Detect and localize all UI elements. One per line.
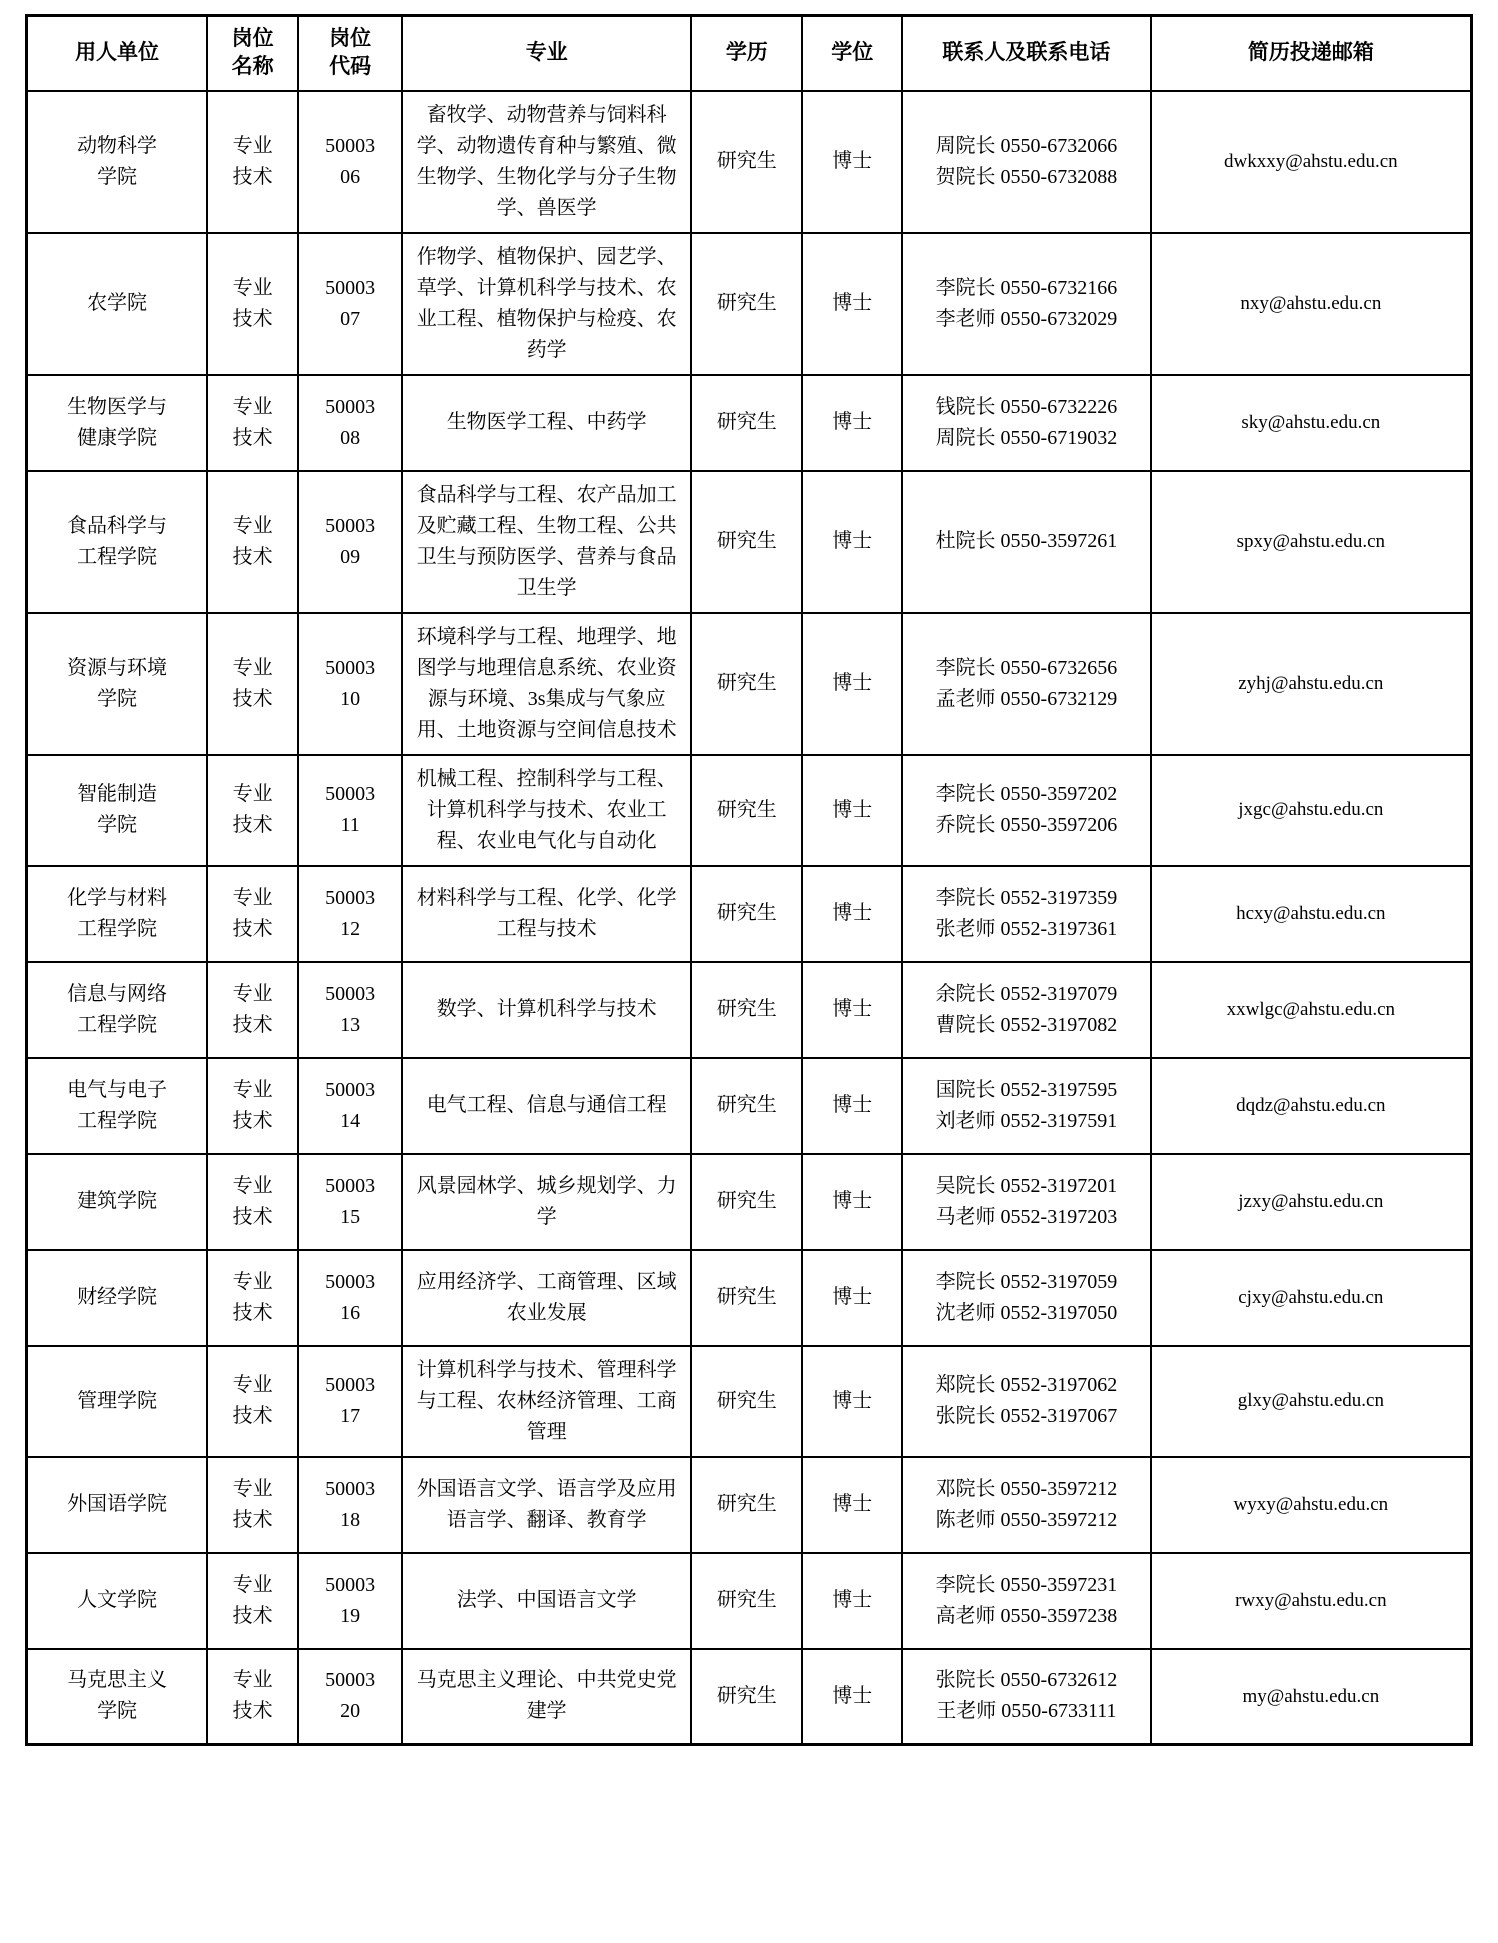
- cell-degree: 博士: [802, 1154, 902, 1250]
- table-row: 外国语学院专业 技术50003 18外国语言文学、语言学及应用语言学、翻译、教育…: [27, 1457, 1472, 1553]
- cell-contacts: 李院长 0552-3197059 沈老师 0552-3197050: [902, 1250, 1151, 1346]
- table-row: 化学与材料 工程学院专业 技术50003 12材料科学与工程、化学、化学工程与技…: [27, 866, 1472, 962]
- column-header-position_code: 岗位 代码: [298, 16, 402, 91]
- cell-email: dqdz@ahstu.edu.cn: [1151, 1058, 1472, 1154]
- cell-degree: 博士: [802, 613, 902, 755]
- cell-unit: 化学与材料 工程学院: [27, 866, 208, 962]
- cell-education: 研究生: [691, 1649, 802, 1745]
- cell-position_code: 50003 20: [298, 1649, 402, 1745]
- cell-education: 研究生: [691, 233, 802, 375]
- cell-position_code: 50003 18: [298, 1457, 402, 1553]
- header-row: 用人单位岗位 名称岗位 代码专业学历学位联系人及联系电话简历投递邮箱: [27, 16, 1472, 91]
- cell-position_name: 专业 技术: [207, 613, 298, 755]
- cell-email: glxy@ahstu.edu.cn: [1151, 1346, 1472, 1457]
- cell-unit: 管理学院: [27, 1346, 208, 1457]
- cell-position_name: 专业 技术: [207, 1649, 298, 1745]
- cell-unit: 马克思主义 学院: [27, 1649, 208, 1745]
- cell-contacts: 李院长 0550-6732656 孟老师 0550-6732129: [902, 613, 1151, 755]
- cell-position_name: 专业 技术: [207, 962, 298, 1058]
- cell-email: zyhj@ahstu.edu.cn: [1151, 613, 1472, 755]
- cell-position_name: 专业 技术: [207, 233, 298, 375]
- cell-email: jxgc@ahstu.edu.cn: [1151, 755, 1472, 866]
- cell-email: sky@ahstu.edu.cn: [1151, 375, 1472, 471]
- column-header-position_name: 岗位 名称: [207, 16, 298, 91]
- cell-education: 研究生: [691, 91, 802, 233]
- cell-contacts: 李院长 0552-3197359 张老师 0552-3197361: [902, 866, 1151, 962]
- cell-unit: 外国语学院: [27, 1457, 208, 1553]
- cell-position_code: 50003 13: [298, 962, 402, 1058]
- cell-position_name: 专业 技术: [207, 1058, 298, 1154]
- table-row: 动物科学 学院专业 技术50003 06畜牧学、动物营养与饲料科学、动物遗传育种…: [27, 91, 1472, 233]
- cell-contacts: 余院长 0552-3197079 曹院长 0552-3197082: [902, 962, 1151, 1058]
- table-row: 人文学院专业 技术50003 19法学、中国语言文学研究生博士李院长 0550-…: [27, 1553, 1472, 1649]
- cell-degree: 博士: [802, 233, 902, 375]
- cell-position_code: 50003 06: [298, 91, 402, 233]
- cell-degree: 博士: [802, 471, 902, 613]
- cell-email: xxwlgc@ahstu.edu.cn: [1151, 962, 1472, 1058]
- table-row: 农学院专业 技术50003 07作物学、植物保护、园艺学、草学、计算机科学与技术…: [27, 233, 1472, 375]
- cell-education: 研究生: [691, 471, 802, 613]
- cell-education: 研究生: [691, 1457, 802, 1553]
- cell-major: 畜牧学、动物营养与饲料科学、动物遗传育种与繁殖、微生物学、生物化学与分子生物学、…: [402, 91, 691, 233]
- cell-unit: 食品科学与 工程学院: [27, 471, 208, 613]
- cell-position_code: 50003 11: [298, 755, 402, 866]
- cell-email: wyxy@ahstu.edu.cn: [1151, 1457, 1472, 1553]
- cell-unit: 建筑学院: [27, 1154, 208, 1250]
- cell-major: 电气工程、信息与通信工程: [402, 1058, 691, 1154]
- cell-position_code: 50003 16: [298, 1250, 402, 1346]
- cell-major: 风景园林学、城乡规划学、力学: [402, 1154, 691, 1250]
- table-row: 财经学院专业 技术50003 16应用经济学、工商管理、区域农业发展研究生博士李…: [27, 1250, 1472, 1346]
- table-row: 信息与网络 工程学院专业 技术50003 13数学、计算机科学与技术研究生博士余…: [27, 962, 1472, 1058]
- cell-position_name: 专业 技术: [207, 1250, 298, 1346]
- cell-degree: 博士: [802, 1058, 902, 1154]
- cell-position_name: 专业 技术: [207, 1553, 298, 1649]
- cell-degree: 博士: [802, 866, 902, 962]
- cell-degree: 博士: [802, 962, 902, 1058]
- cell-major: 应用经济学、工商管理、区域农业发展: [402, 1250, 691, 1346]
- cell-major: 马克思主义理论、中共党史党建学: [402, 1649, 691, 1745]
- cell-contacts: 周院长 0550-6732066 贺院长 0550-6732088: [902, 91, 1151, 233]
- cell-position_code: 50003 09: [298, 471, 402, 613]
- cell-major: 计算机科学与技术、管理科学与工程、农林经济管理、工商管理: [402, 1346, 691, 1457]
- cell-degree: 博士: [802, 1346, 902, 1457]
- cell-degree: 博士: [802, 375, 902, 471]
- cell-email: jzxy@ahstu.edu.cn: [1151, 1154, 1472, 1250]
- cell-unit: 农学院: [27, 233, 208, 375]
- cell-position_code: 50003 08: [298, 375, 402, 471]
- cell-contacts: 钱院长 0550-6732226 周院长 0550-6719032: [902, 375, 1151, 471]
- cell-unit: 资源与环境 学院: [27, 613, 208, 755]
- recruitment-table: 用人单位岗位 名称岗位 代码专业学历学位联系人及联系电话简历投递邮箱 动物科学 …: [25, 14, 1473, 1746]
- column-header-major: 专业: [402, 16, 691, 91]
- cell-position_name: 专业 技术: [207, 866, 298, 962]
- cell-unit: 智能制造 学院: [27, 755, 208, 866]
- cell-position_name: 专业 技术: [207, 1154, 298, 1250]
- cell-position_code: 50003 14: [298, 1058, 402, 1154]
- cell-contacts: 郑院长 0552-3197062 张院长 0552-3197067: [902, 1346, 1151, 1457]
- table-row: 智能制造 学院专业 技术50003 11机械工程、控制科学与工程、计算机科学与技…: [27, 755, 1472, 866]
- cell-major: 数学、计算机科学与技术: [402, 962, 691, 1058]
- cell-position_code: 50003 15: [298, 1154, 402, 1250]
- cell-major: 作物学、植物保护、园艺学、草学、计算机科学与技术、农业工程、植物保护与检疫、农药…: [402, 233, 691, 375]
- cell-major: 机械工程、控制科学与工程、计算机科学与技术、农业工程、农业电气化与自动化: [402, 755, 691, 866]
- cell-degree: 博士: [802, 1649, 902, 1745]
- cell-degree: 博士: [802, 91, 902, 233]
- cell-education: 研究生: [691, 375, 802, 471]
- table-row: 建筑学院专业 技术50003 15风景园林学、城乡规划学、力学研究生博士吴院长 …: [27, 1154, 1472, 1250]
- cell-contacts: 杜院长 0550-3597261: [902, 471, 1151, 613]
- cell-education: 研究生: [691, 1553, 802, 1649]
- cell-education: 研究生: [691, 755, 802, 866]
- cell-unit: 财经学院: [27, 1250, 208, 1346]
- cell-email: spxy@ahstu.edu.cn: [1151, 471, 1472, 613]
- cell-email: dwkxxy@ahstu.edu.cn: [1151, 91, 1472, 233]
- cell-education: 研究生: [691, 1346, 802, 1457]
- cell-unit: 生物医学与 健康学院: [27, 375, 208, 471]
- cell-position_code: 50003 07: [298, 233, 402, 375]
- cell-contacts: 吴院长 0552-3197201 马老师 0552-3197203: [902, 1154, 1151, 1250]
- cell-education: 研究生: [691, 613, 802, 755]
- cell-email: my@ahstu.edu.cn: [1151, 1649, 1472, 1745]
- cell-position_code: 50003 10: [298, 613, 402, 755]
- cell-degree: 博士: [802, 1553, 902, 1649]
- cell-email: rwxy@ahstu.edu.cn: [1151, 1553, 1472, 1649]
- cell-position_name: 专业 技术: [207, 375, 298, 471]
- cell-major: 食品科学与工程、农产品加工及贮藏工程、生物工程、公共卫生与预防医学、营养与食品卫…: [402, 471, 691, 613]
- cell-degree: 博士: [802, 755, 902, 866]
- cell-email: cjxy@ahstu.edu.cn: [1151, 1250, 1472, 1346]
- cell-position_name: 专业 技术: [207, 755, 298, 866]
- cell-unit: 信息与网络 工程学院: [27, 962, 208, 1058]
- cell-unit: 电气与电子 工程学院: [27, 1058, 208, 1154]
- table-row: 电气与电子 工程学院专业 技术50003 14电气工程、信息与通信工程研究生博士…: [27, 1058, 1472, 1154]
- cell-education: 研究生: [691, 1058, 802, 1154]
- cell-major: 法学、中国语言文学: [402, 1553, 691, 1649]
- table-row: 管理学院专业 技术50003 17计算机科学与技术、管理科学与工程、农林经济管理…: [27, 1346, 1472, 1457]
- cell-position_name: 专业 技术: [207, 91, 298, 233]
- cell-education: 研究生: [691, 866, 802, 962]
- cell-unit: 动物科学 学院: [27, 91, 208, 233]
- cell-major: 外国语言文学、语言学及应用语言学、翻译、教育学: [402, 1457, 691, 1553]
- cell-unit: 人文学院: [27, 1553, 208, 1649]
- cell-degree: 博士: [802, 1457, 902, 1553]
- table-body: 动物科学 学院专业 技术50003 06畜牧学、动物营养与饲料科学、动物遗传育种…: [27, 91, 1472, 1745]
- cell-email: nxy@ahstu.edu.cn: [1151, 233, 1472, 375]
- cell-contacts: 张院长 0550-6732612 王老师 0550-6733111: [902, 1649, 1151, 1745]
- cell-position_code: 50003 17: [298, 1346, 402, 1457]
- cell-degree: 博士: [802, 1250, 902, 1346]
- cell-position_name: 专业 技术: [207, 1457, 298, 1553]
- column-header-email: 简历投递邮箱: [1151, 16, 1472, 91]
- column-header-unit: 用人单位: [27, 16, 208, 91]
- cell-position_name: 专业 技术: [207, 471, 298, 613]
- cell-email: hcxy@ahstu.edu.cn: [1151, 866, 1472, 962]
- cell-contacts: 邓院长 0550-3597212 陈老师 0550-3597212: [902, 1457, 1151, 1553]
- cell-education: 研究生: [691, 1250, 802, 1346]
- cell-contacts: 李院长 0550-3597231 高老师 0550-3597238: [902, 1553, 1151, 1649]
- cell-position_name: 专业 技术: [207, 1346, 298, 1457]
- cell-position_code: 50003 12: [298, 866, 402, 962]
- cell-major: 材料科学与工程、化学、化学工程与技术: [402, 866, 691, 962]
- column-header-education: 学历: [691, 16, 802, 91]
- cell-position_code: 50003 19: [298, 1553, 402, 1649]
- cell-education: 研究生: [691, 962, 802, 1058]
- cell-major: 生物医学工程、中药学: [402, 375, 691, 471]
- table-row: 食品科学与 工程学院专业 技术50003 09食品科学与工程、农产品加工及贮藏工…: [27, 471, 1472, 613]
- cell-contacts: 李院长 0550-3597202 乔院长 0550-3597206: [902, 755, 1151, 866]
- cell-contacts: 国院长 0552-3197595 刘老师 0552-3197591: [902, 1058, 1151, 1154]
- column-header-contacts: 联系人及联系电话: [902, 16, 1151, 91]
- table-row: 生物医学与 健康学院专业 技术50003 08生物医学工程、中药学研究生博士钱院…: [27, 375, 1472, 471]
- cell-major: 环境科学与工程、地理学、地图学与地理信息系统、农业资源与环境、3s集成与气象应用…: [402, 613, 691, 755]
- column-header-degree: 学位: [802, 16, 902, 91]
- table-row: 马克思主义 学院专业 技术50003 20马克思主义理论、中共党史党建学研究生博…: [27, 1649, 1472, 1745]
- table-row: 资源与环境 学院专业 技术50003 10环境科学与工程、地理学、地图学与地理信…: [27, 613, 1472, 755]
- cell-contacts: 李院长 0550-6732166 李老师 0550-6732029: [902, 233, 1151, 375]
- cell-education: 研究生: [691, 1154, 802, 1250]
